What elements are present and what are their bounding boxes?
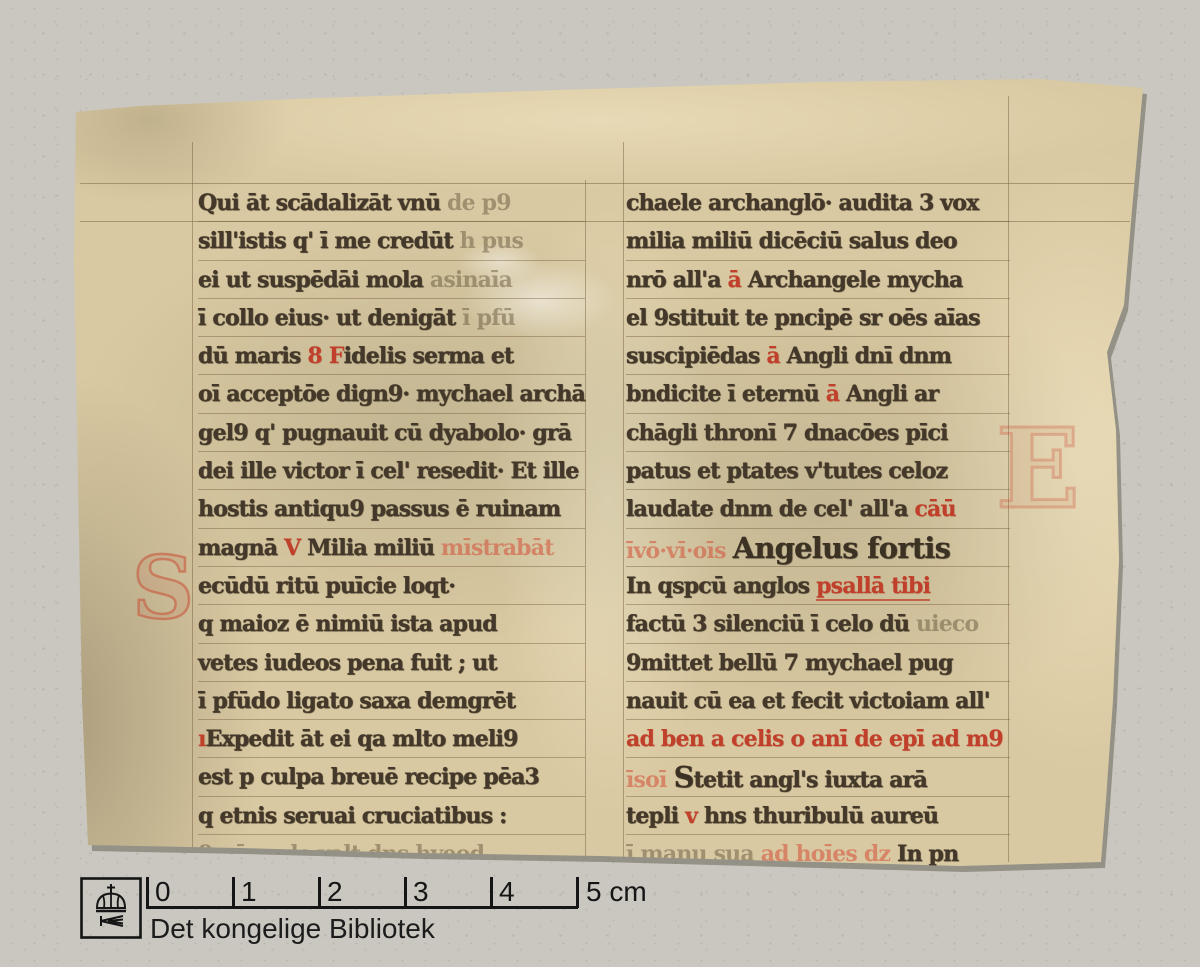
manuscript-line: vetes iudeos pena fuit ; ut bbox=[198, 644, 585, 682]
text-segment: sill'istis q' ī me credūt bbox=[198, 228, 453, 254]
text-segment: hns thuribulū aureū bbox=[704, 803, 938, 829]
ruler-baseline bbox=[146, 906, 578, 909]
text-segment: chāgli thronī 7 dnacōes pīci bbox=[626, 420, 948, 446]
ruler-end-label: 5 cm bbox=[586, 876, 647, 908]
text-segment: ā bbox=[826, 381, 846, 407]
manuscript-line: laudate dnm de cel' all'a cāū bbox=[626, 490, 1010, 528]
manuscript-line: patus et ptates v'tutes celoz bbox=[626, 452, 1010, 490]
crown-icon bbox=[80, 877, 142, 939]
manuscript-line: In qspcū anglos psallā tibi bbox=[626, 567, 1010, 605]
ruler-tick bbox=[146, 877, 149, 908]
manuscript-line: ecūdū ritū puīcie loqt· bbox=[198, 567, 585, 605]
text-segment: Qui āt scādalizāt vnū bbox=[198, 190, 440, 216]
text-segment: mīstrabāt bbox=[441, 535, 554, 561]
text-segment: In qspcū anglos bbox=[626, 573, 816, 599]
text-segment: ī pfū bbox=[462, 305, 515, 331]
text-segment: suscipiēdas bbox=[626, 343, 766, 369]
ruler-tick-label: 4 bbox=[499, 876, 515, 908]
ruling-line-vertical-left bbox=[192, 142, 193, 852]
manuscript-line: nrō all'a ā Archangele mycha bbox=[626, 261, 1010, 299]
manuscript-line: hostis antiqu9 passus ē ruinam bbox=[198, 490, 585, 528]
text-segment: q maioz ē nimiū ista apud bbox=[198, 611, 497, 637]
manuscript-line: factū 3 silenciū ī celo dū uieco bbox=[626, 605, 1010, 643]
ruler-tick-label: 0 bbox=[155, 876, 171, 908]
text-segment: Expedit āt ei qa mlto meli9 bbox=[206, 726, 518, 752]
text-segment: bndicite ī eternū bbox=[626, 381, 826, 407]
text-segment: In pn bbox=[897, 841, 958, 867]
manuscript-line: ıExpedit āt ei qa mlto meli9 bbox=[198, 720, 585, 758]
ruler-tick bbox=[318, 877, 321, 908]
text-segment: magnā bbox=[198, 535, 284, 561]
manuscript-line: chaele archanglō· audita 3 vox bbox=[626, 184, 1010, 222]
text-segment: tetit angl's iuxta arā bbox=[694, 767, 927, 793]
text-segment: tepli bbox=[626, 803, 685, 829]
text-segment: asinaīa bbox=[430, 267, 512, 293]
text-segment: uieco bbox=[916, 611, 978, 637]
ruler-tick-label: 3 bbox=[413, 876, 429, 908]
text-segment: Angelus fortis bbox=[733, 531, 950, 565]
text-segment: cāū bbox=[914, 496, 955, 522]
text-column-left: Qui āt scādalizāt vnū de p9sill'istis q'… bbox=[198, 184, 585, 873]
ruler-tick bbox=[232, 877, 235, 908]
text-segment: de p9 bbox=[440, 190, 511, 216]
manuscript-line: ī collo eius· ut denigāt ī pfū bbox=[198, 299, 585, 337]
text-segment: ī pfūdo ligato saxa demgrēt bbox=[198, 688, 515, 714]
manuscript-line: nauit cū ea et fecit victoiam all' bbox=[626, 682, 1010, 720]
text-segment: nauit cū ea et fecit victoiam all' bbox=[626, 688, 990, 714]
royal-library-logo bbox=[80, 877, 142, 943]
manuscript-line: milia miliū dicēciū salus deo bbox=[626, 222, 1010, 260]
manuscript-line: gel9 q' pugnauit cū dyabolo· grā bbox=[198, 414, 585, 452]
manuscript-line: oī acceptōe dign9· mychael archā bbox=[198, 375, 585, 413]
text-segment: īvō·vī·oīs bbox=[626, 538, 733, 564]
text-segment: chaele archanglō· audita 3 vox bbox=[626, 190, 978, 216]
text-segment: ā bbox=[766, 343, 786, 369]
manuscript-line: el 9stituit te pncipē sr oēs aīas bbox=[626, 299, 1010, 337]
text-segment: dei ille victor ī cel' resedit· Et ille bbox=[198, 458, 579, 484]
text-segment: ī collo eius· ut denigāt bbox=[198, 305, 462, 331]
ruling-line-vertical-gutter bbox=[623, 142, 624, 860]
text-segment: īsoī bbox=[626, 767, 673, 793]
text-segment: S bbox=[673, 760, 693, 794]
manuscript-line: ei ut suspēdāi mola asinaīa bbox=[198, 261, 585, 299]
text-segment: psallā tibi bbox=[816, 573, 930, 601]
manuscript-line: ī pfūdo ligato saxa demgrēt bbox=[198, 682, 585, 720]
ruler-tick-label: 2 bbox=[327, 876, 343, 908]
manuscript-line: q maioz ē nimiū ista apud bbox=[198, 605, 585, 643]
text-segment: h pus bbox=[453, 228, 523, 254]
photo-background: Qui āt scādalizāt vnū de p9sill'istis q'… bbox=[0, 0, 1200, 967]
text-segment: 8 F bbox=[307, 343, 343, 369]
text-segment: dū maris bbox=[198, 343, 307, 369]
ghost-initial: S bbox=[132, 546, 194, 632]
text-segment: ad ben a celis o anī de epī ad m9 bbox=[626, 726, 1003, 752]
manuscript-line: suscipiēdas ā Angli dnī dnm bbox=[626, 337, 1010, 375]
text-segment: Milia miliū bbox=[307, 535, 441, 561]
ruler-tick-end bbox=[576, 877, 579, 908]
text-segment: vetes iudeos pena fuit ; ut bbox=[198, 650, 497, 676]
text-segment: hostis antiqu9 passus ē ruinam bbox=[198, 496, 560, 522]
manuscript-line: ad ben a celis o anī de epī ad m9 bbox=[626, 720, 1010, 758]
text-segment: milia miliū dicēciū salus deo bbox=[626, 228, 957, 254]
text-segment: nrō all'a bbox=[626, 267, 728, 293]
manuscript-line: q etnis seruai cruciatibus : bbox=[198, 797, 585, 835]
text-segment: oī acceptōe dign9· mychael archā bbox=[198, 381, 585, 407]
ruler-tick-label: 1 bbox=[241, 876, 257, 908]
manuscript-line: bndicite ī eternū ā Angli ar bbox=[626, 375, 1010, 413]
text-segment: Angli ar bbox=[846, 381, 938, 407]
manuscript-line: īvō·vī·oīs Angelus fortis bbox=[626, 529, 1010, 567]
text-segment: patus et ptates v'tutes celoz bbox=[626, 458, 947, 484]
text-segment: ei ut suspēdāi mola bbox=[198, 267, 430, 293]
institution-name: Det kongelige Bibliotek bbox=[150, 913, 435, 945]
manuscript-line: sill'istis q' ī me credūt h pus bbox=[198, 222, 585, 260]
text-segment: ecūdū ritū puīcie loqt· bbox=[198, 573, 455, 599]
text-segment: ı bbox=[198, 726, 206, 752]
text-segment: laudate dnm de cel' all'a bbox=[626, 496, 914, 522]
text-segment: est p culpa breuē recipe pēa3 bbox=[198, 764, 539, 790]
text-segment: Angli dnī dnm bbox=[787, 343, 951, 369]
manuscript-line: īsoī Stetit angl's iuxta arā bbox=[626, 758, 1010, 796]
manuscript-line: tepli v hns thuribulū aureū bbox=[626, 797, 1010, 835]
ruler-tick bbox=[404, 877, 407, 908]
manuscript-line: dei ille victor ī cel' resedit· Et ille bbox=[198, 452, 585, 490]
manuscript-line: Qui āt scādalizāt vnū de p9 bbox=[198, 184, 585, 222]
manuscript-line: magnā V Milia miliū mīstrabāt bbox=[198, 529, 585, 567]
text-segment: q etnis seruai cruciatibus : bbox=[198, 803, 507, 829]
text-segment: V bbox=[284, 535, 307, 561]
text-segment: Archangele mycha bbox=[748, 267, 963, 293]
text-segment: factū 3 silenciū ī celo dū bbox=[626, 611, 916, 637]
ruling-line-vertical-left-col-end bbox=[585, 180, 586, 856]
ruler-tick bbox=[490, 877, 493, 908]
text-segment: el 9stituit te pncipē sr oēs aīas bbox=[626, 305, 980, 331]
text-segment: gel9 q' pugnauit cū dyabolo· grā bbox=[198, 420, 571, 446]
text-segment: idelis serma et bbox=[344, 343, 514, 369]
text-column-right: chaele archanglō· audita 3 voxmilia mili… bbox=[626, 184, 1010, 873]
text-segment: v bbox=[685, 803, 704, 829]
manuscript-line: est p culpa breuē recipe pēa3 bbox=[198, 758, 585, 796]
text-segment: 9mittet bellū 7 mychael pug bbox=[626, 650, 953, 676]
manuscript-line: dū maris 8 Fidelis serma et bbox=[198, 337, 585, 375]
text-segment: ā bbox=[728, 267, 748, 293]
manuscript-line: 9mittet bellū 7 mychael pug bbox=[626, 644, 1010, 682]
manuscript-line: chāgli thronī 7 dnacōes pīci bbox=[626, 414, 1010, 452]
parchment-fragment: Qui āt scādalizāt vnū de p9sill'istis q'… bbox=[0, 0, 1200, 967]
